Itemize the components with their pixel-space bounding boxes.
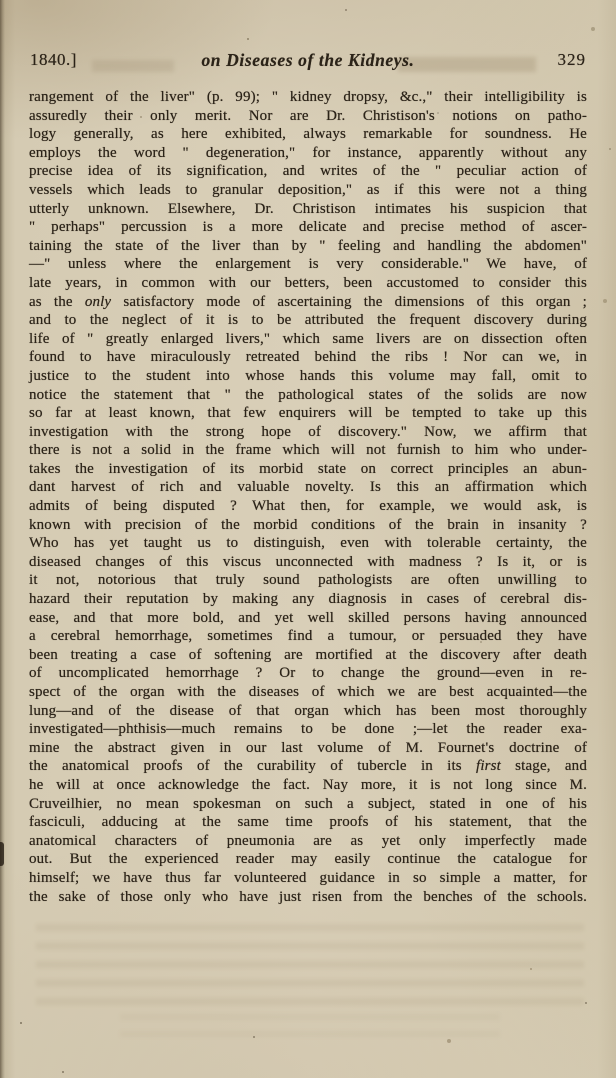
text-segment: satisfactory mode of ascertaining the di…: [111, 294, 587, 310]
text-segment: a cerebral hemorrhage, sometimes find a …: [29, 628, 587, 644]
text-line: precise idea of its signification, and w…: [29, 162, 587, 181]
text-segment: takes the investigation of its morbid st…: [29, 461, 587, 477]
text-line: dant harvest of rich and valuable novelt…: [29, 478, 587, 497]
text-segment: employs the word " degeneration," for in…: [29, 145, 587, 161]
text-segment: himself; we have thus far volunteered gu…: [29, 870, 587, 886]
text-line: anatomical characters of pneumonia are a…: [29, 832, 587, 851]
text-line: " perhaps" percussion is a more delicate…: [29, 218, 587, 237]
text-segment: there is not a solid in the frame which …: [29, 442, 587, 458]
text-line: himself; we have thus far volunteered gu…: [29, 869, 587, 888]
text-line: ease, and that more bold, and yet well s…: [29, 609, 587, 628]
text-segment: been treating a case of softening are mo…: [29, 647, 587, 663]
text-line: —" unless where the enlargement is very …: [29, 255, 587, 274]
paper-specks: [0, 0, 2, 2]
text-segment: spect of the organ with the diseases of …: [29, 684, 587, 700]
text-line: justice to the student into whose hands …: [29, 367, 587, 386]
text-segment: taining the state of the liver than by "…: [29, 238, 587, 254]
text-line: vessels which leads to granular depositi…: [29, 181, 587, 200]
text-line: utterly unknown. Elsewhere, Dr. Christis…: [29, 200, 587, 219]
edge-ink-mark: [0, 842, 4, 866]
text-segment: stage, and: [501, 758, 587, 774]
text-segment: anatomical characters of pneumonia are a…: [29, 833, 587, 849]
text-line: known with precision of the morbid condi…: [29, 516, 587, 535]
text-line: taining the state of the liver than by "…: [29, 237, 587, 256]
text-segment: life of " greatly enlarged livers," whic…: [29, 331, 587, 347]
text-segment: " perhaps" percussion is a more delicate…: [29, 219, 587, 235]
text-segment: rangement of the liver" (p. 99); " kidne…: [29, 89, 587, 105]
text-line: mine the abstract given in our last volu…: [29, 739, 587, 758]
page-number: 329: [558, 50, 587, 70]
text-segment: only: [85, 294, 111, 310]
text-line: assuredly their only merit. Nor are Dr. …: [29, 107, 587, 126]
text-segment: precise idea of its signification, and w…: [29, 163, 587, 179]
text-segment: investigated—phthisis—much remains to be…: [29, 721, 587, 737]
text-line: spect of the organ with the diseases of …: [29, 683, 587, 702]
text-line: logy generally, as here exhibited, alway…: [29, 125, 587, 144]
text-segment: known with precision of the morbid condi…: [29, 517, 587, 533]
text-segment: first: [476, 758, 501, 774]
text-segment: —" unless where the enlargement is very …: [29, 256, 587, 272]
text-segment: as the: [29, 294, 85, 310]
text-line: employs the word " degeneration," for in…: [29, 144, 587, 163]
text-line: lung—and of the disease of that organ wh…: [29, 702, 587, 721]
text-segment: he will at once acknowledge the fact. Na…: [29, 777, 587, 793]
text-line: the anatomical proofs of the curability …: [29, 757, 587, 776]
text-segment: it not, notorious that truly sound patho…: [29, 572, 587, 588]
header-title: on Diseases of the Kidneys.: [201, 50, 414, 71]
text-segment: investigation with the strong hope of di…: [29, 424, 587, 440]
text-line: there is not a solid in the frame which …: [29, 441, 587, 460]
showthrough-ghost: [36, 924, 584, 1012]
text-segment: found to have miraculously retreated beh…: [29, 349, 587, 365]
text-line: the sake of those only who have just ris…: [29, 888, 587, 907]
text-line: been treating a case of softening are mo…: [29, 646, 587, 665]
text-segment: diseased changes of this viscus unconnec…: [29, 554, 587, 570]
header-year: 1840.]: [30, 50, 77, 70]
text-segment: vessels which leads to granular depositi…: [29, 182, 587, 198]
text-line: takes the investigation of its morbid st…: [29, 460, 587, 479]
text-segment: and to the neglect of it is to be attrib…: [29, 312, 587, 328]
text-segment: the anatomical proofs of the curability …: [29, 758, 476, 774]
binding-edge-shadow: [0, 0, 5, 1078]
showthrough-ghost: [120, 1014, 500, 1044]
text-segment: Who has yet taught us to distinguish, ev…: [29, 535, 587, 551]
text-line: it not, notorious that truly sound patho…: [29, 571, 587, 590]
text-segment: ease, and that more bold, and yet well s…: [29, 610, 587, 626]
text-line: he will at once acknowledge the fact. Na…: [29, 776, 587, 795]
text-line: admits of being disputed ? What then, fo…: [29, 497, 587, 516]
text-segment: of uncomplicated hemorrhage ? Or to chan…: [29, 665, 587, 681]
text-segment: justice to the student into whose hands …: [29, 368, 587, 384]
text-line: a cerebral hemorrhage, sometimes find a …: [29, 627, 587, 646]
text-segment: utterly unknown. Elsewhere, Dr. Christis…: [29, 201, 587, 217]
text-line: and to the neglect of it is to be attrib…: [29, 311, 587, 330]
text-segment: fasciculi, adducing at the same time pro…: [29, 814, 587, 830]
text-segment: hazard their reputation by making any di…: [29, 591, 587, 607]
text-line: investigation with the strong hope of di…: [29, 423, 587, 442]
text-segment: so far at least known, that few enquirer…: [29, 405, 587, 421]
text-line: hazard their reputation by making any di…: [29, 590, 587, 609]
text-segment: dant harvest of rich and valuable novelt…: [29, 479, 587, 495]
text-segment: out. But the experienced reader may easi…: [29, 851, 587, 867]
text-line: diseased changes of this viscus unconnec…: [29, 553, 587, 572]
text-line: Who has yet taught us to distinguish, ev…: [29, 534, 587, 553]
text-line: Cruveilhier, no mean spokesman on such a…: [29, 795, 587, 814]
body-text: rangement of the liver" (p. 99); " kidne…: [29, 88, 587, 906]
text-segment: assuredly their only merit. Nor are Dr. …: [29, 108, 587, 124]
text-segment: notice the statement that " the patholog…: [29, 387, 587, 403]
text-segment: admits of being disputed ? What then, fo…: [29, 498, 587, 514]
text-line: investigated—phthisis—much remains to be…: [29, 720, 587, 739]
text-line: rangement of the liver" (p. 99); " kidne…: [29, 88, 587, 107]
text-segment: Cruveilhier, no mean spokesman on such a…: [29, 796, 587, 812]
text-line: so far at least known, that few enquirer…: [29, 404, 587, 423]
text-segment: lung—and of the disease of that organ wh…: [29, 703, 587, 719]
text-line: as the only satisfactory mode of ascerta…: [29, 293, 587, 312]
text-line: late years, in common with our betters, …: [29, 274, 587, 293]
text-segment: late years, in common with our betters, …: [29, 275, 587, 291]
text-line: of uncomplicated hemorrhage ? Or to chan…: [29, 664, 587, 683]
running-header: 1840.] on Diseases of the Kidneys. 329: [30, 50, 586, 72]
text-segment: logy generally, as here exhibited, alway…: [29, 126, 587, 142]
text-segment: the sake of those only who have just ris…: [29, 889, 587, 905]
scanned-page: 1840.] on Diseases of the Kidneys. 329 r…: [0, 0, 616, 1078]
text-line: notice the statement that " the patholog…: [29, 386, 587, 405]
text-segment: mine the abstract given in our last volu…: [29, 740, 587, 756]
text-line: fasciculi, adducing at the same time pro…: [29, 813, 587, 832]
text-line: life of " greatly enlarged livers," whic…: [29, 330, 587, 349]
text-line: out. But the experienced reader may easi…: [29, 850, 587, 869]
text-line: found to have miraculously retreated beh…: [29, 348, 587, 367]
